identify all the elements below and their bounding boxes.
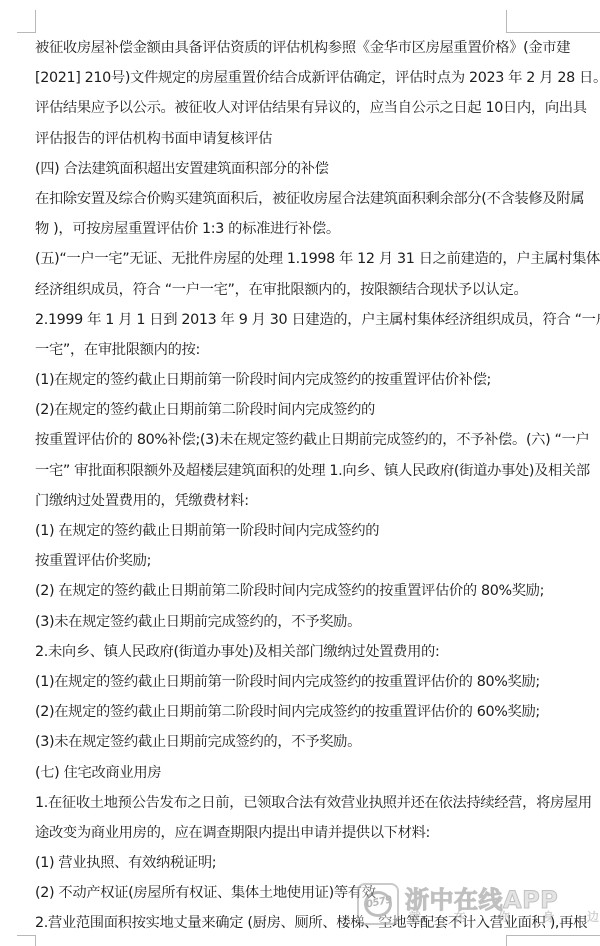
text-line: 按重置评估价的 80%补偿;(3)未在规定签约截止日期前完成签约的，不予补偿。(…	[35, 429, 595, 459]
section-heading-4: (四) 合法建筑面积超出安置建筑面积部分的补偿	[35, 158, 595, 188]
text-line: 评估报告的评估机构书面申请复核评估	[35, 128, 595, 158]
list-item: (2)在规定的签约截止日期前第二阶段时间内完成签约的按重置评估价的 60%奖励;	[35, 701, 595, 731]
section-heading-7: (七) 住宅改商业用房	[35, 762, 595, 792]
text-line: 按重置评估价奖励;	[35, 550, 595, 580]
list-item: (1) 营业执照、有效纳税证明;	[35, 852, 595, 882]
text-line: 评估结果应予以公示。被征收人对评估结果有异议的，应当自公示之日起 10日内，向出…	[35, 97, 595, 127]
text-line: 被征收房屋补偿金额由具备评估资质的评估机构参照《金华市区房屋重置价格》(金市建	[35, 37, 595, 67]
section-heading-6: 一宅” 审批面积限额外及超楼层建筑面积的处理 1.向乡、镇人民政府(街道办事处)…	[35, 460, 595, 490]
list-item: (2) 不动产权证(房屋所有权证、集体土地使用证)等有效	[35, 882, 595, 912]
text-line: [2021] 210号)文件规定的房屋重置价结合成新评估确定，评估时点为 202…	[35, 67, 595, 97]
text-line: 在扣除安置及综合价购买建筑面积后，被征收房屋合法建筑面积剩余部分(不含装修及附属	[35, 188, 595, 218]
list-item: (2)在规定的签约截止日期前第二阶段时间内完成签约的	[35, 399, 595, 429]
list-item: (2) 在规定的签约截止日期前第二阶段时间内完成签约的按重置评估价的 80%奖励…	[35, 580, 595, 610]
document-page: 被征收房屋补偿金额由具备评估资质的评估机构参照《金华市区房屋重置价格》(金市建 …	[0, 0, 600, 946]
text-line: 途改变为商业用房的，应在调查期限内提出申请并提供以下材料:	[35, 822, 595, 852]
text-line: 经济组织成员，符合 “一户一宅”，在审批限额内的，按限额结合现状予以认定。	[35, 279, 595, 309]
crop-mark-top-left	[17, 10, 36, 33]
list-item: (1)在规定的签约截止日期前第一阶段时间内完成签约的按重置评估价的 80%奖励;	[35, 671, 595, 701]
list-item: (1) 在规定的签约截止日期前第一阶段时间内完成签约的	[35, 520, 595, 550]
text-line: 门缴纳过处置费用的，凭缴费材料:	[35, 490, 595, 520]
crop-mark-top-right	[506, 10, 600, 33]
crop-mark-bottom-left	[17, 935, 36, 946]
section-heading-5: (五)“一户一宅”无证、无批件房屋的处理 1.1998 年 12 月 31 日之…	[35, 248, 595, 278]
document-body: 被征收房屋补偿金额由具备评估资质的评估机构参照《金华市区房屋重置价格》(金市建 …	[35, 37, 595, 943]
list-item: (3)未在规定签约截止日期前完成签约的，不予奖励。	[35, 611, 595, 641]
text-line: 物 )，可按房屋重置评估价 1:3 的标准进行补偿。	[35, 218, 595, 248]
list-item: (3)未在规定签约截止日期前完成签约的，不予奖励。	[35, 731, 595, 761]
text-line: 2.1999 年 1 月 1 日到 2013 年 9 月 30 日建造的，户主属…	[35, 309, 595, 339]
text-line: 2.营业范围面积按实地丈量来确定 (厨房、厕所、楼梯、空地等配套不计入营业面积 …	[35, 912, 595, 942]
text-line: 一宅”，在审批限额内的按:	[35, 339, 595, 369]
text-line: 1.在征收土地预公告发布之日前，已领取合法有效营业执照并还在依法持续经营，将房屋…	[35, 792, 595, 822]
text-line: 2.未向乡、镇人民政府(街道办事处)及相关部门缴纳过处置费用的:	[35, 641, 595, 671]
list-item: (1)在规定的签约截止日期前第一阶段时间内完成签约的按重置评估价补偿;	[35, 369, 595, 399]
